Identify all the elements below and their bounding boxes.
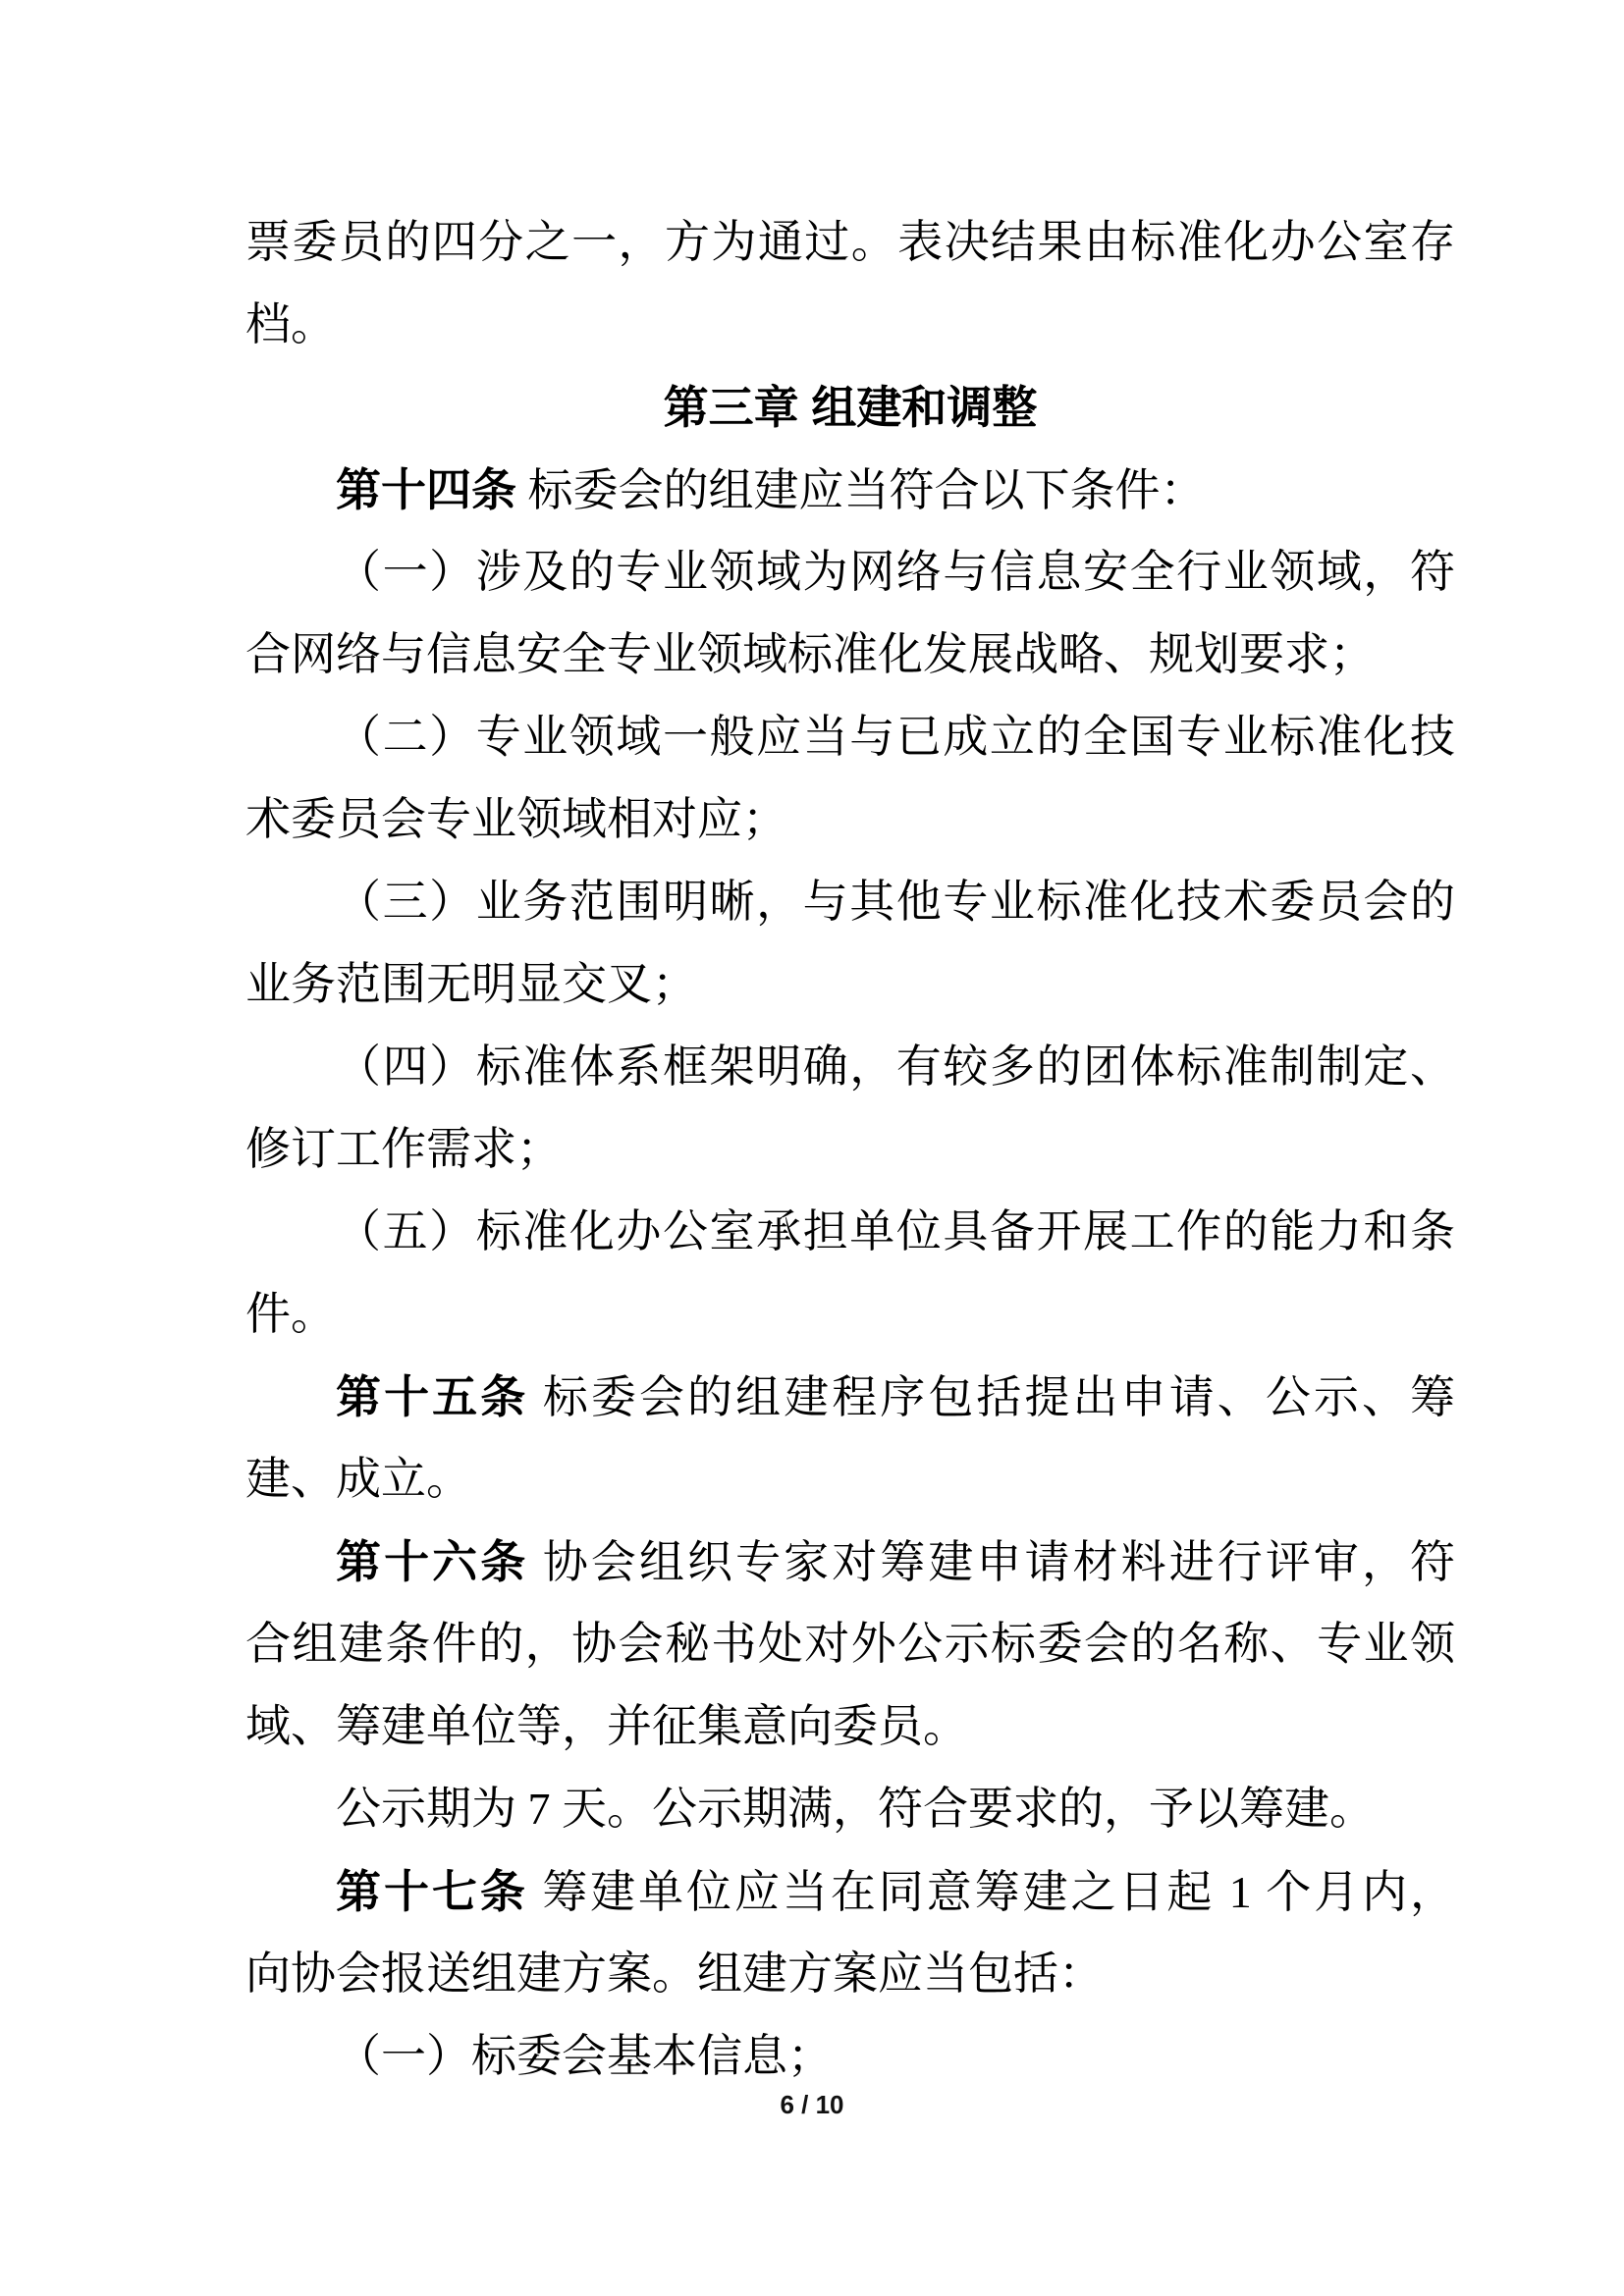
document-canvas: 票委员的四分之一，方为通过。表决结果由标准化办公室存档。第三章 组建和调整第十四… xyxy=(0,0,1624,2296)
document-line: 公示期为 7 天。公示期满，符合要求的，予以筹建。 xyxy=(245,1768,1455,1850)
article-number: 第十七条 xyxy=(336,1866,528,1917)
document-page: { "document": { "lines": [ { "type": "bo… xyxy=(0,0,1624,2296)
document-line: 合网络与信息安全专业领域标准化发展战略、规划要求； xyxy=(245,614,1455,696)
article-number: 第十五条 xyxy=(336,1371,528,1422)
document-line: 域、筹建单位等，并征集意向委员。 xyxy=(245,1685,1455,1768)
line-text: （二）专业领域一般应当与已成立的全国专业标准化技 xyxy=(336,712,1455,762)
line-text: （四）标准体系框架明确，有较多的团体标准制制定、 xyxy=(336,1041,1455,1092)
document-line: 件。 xyxy=(245,1273,1455,1356)
document-line: 向协会报送组建方案。组建方案应当包括： xyxy=(245,1933,1455,2015)
article-number: 第十六条 xyxy=(336,1536,528,1587)
document-line: （二）专业领域一般应当与已成立的全国专业标准化技 xyxy=(245,696,1455,778)
line-text: 合网络与信息安全专业领域标准化发展战略、规划要求； xyxy=(245,629,1375,679)
line-text: 合组建条件的，协会秘书处对外公示标委会的名称、专业领 xyxy=(245,1619,1455,1669)
line-text: 协会组织专家对筹建申请材料进行评审，符 xyxy=(543,1537,1455,1587)
page-number: 6 / 10 xyxy=(0,2083,1624,2126)
line-text: 向协会报送组建方案。组建方案应当包括： xyxy=(245,1949,1104,1999)
line-text: 术委员会专业领域相对应； xyxy=(245,794,787,844)
document-line: 术委员会专业领域相对应； xyxy=(245,778,1455,861)
line-text: 档。 xyxy=(245,299,336,349)
line-text: 业务范围无明显交叉； xyxy=(245,959,697,1009)
document-line: （五）标准化办公室承担单位具备开展工作的能力和条 xyxy=(245,1191,1455,1273)
document-body: 票委员的四分之一，方为通过。表决结果由标准化办公室存档。第三章 组建和调整第十四… xyxy=(245,201,1455,2098)
line-text: 修订工作需求； xyxy=(245,1124,562,1174)
document-line: 业务范围无明显交叉； xyxy=(245,943,1455,1026)
document-line: 合组建条件的，协会秘书处对外公示标委会的名称、专业领 xyxy=(245,1603,1455,1685)
document-line: （一）涉及的专业领域为网络与信息安全行业领域，符 xyxy=(245,531,1455,614)
article-line: 第十五条 标委会的组建程序包括提出申请、公示、筹 xyxy=(245,1356,1455,1438)
article-line: 第十七条 筹建单位应当在同意筹建之日起 1 个月内， xyxy=(245,1850,1455,1933)
document-line: 票委员的四分之一，方为通过。表决结果由标准化办公室存 xyxy=(245,201,1455,284)
line-text: 第三章 组建和调整 xyxy=(664,382,1038,433)
document-line: 建、成立。 xyxy=(245,1438,1455,1521)
chapter-heading: 第三章 组建和调整 xyxy=(245,366,1455,449)
line-text: （五）标准化办公室承担单位具备开展工作的能力和条 xyxy=(336,1206,1455,1256)
document-line: （四）标准体系框架明确，有较多的团体标准制制定、 xyxy=(245,1026,1455,1108)
line-text: （一）标委会基本信息； xyxy=(336,2031,833,2081)
line-text: 筹建单位应当在同意筹建之日起 1 个月内， xyxy=(542,1867,1455,1917)
line-text: （三）业务范围明晰，与其他专业标准化技术委员会的 xyxy=(336,877,1455,927)
line-text: 件。 xyxy=(245,1289,336,1339)
line-text: 标委会的组建应当符合以下条件： xyxy=(528,465,1206,515)
line-text: 公示期为 7 天。公示期满，符合要求的，予以筹建。 xyxy=(336,1784,1375,1834)
document-line: 修订工作需求； xyxy=(245,1108,1455,1191)
line-text: 建、成立。 xyxy=(245,1454,471,1504)
line-text: （一）涉及的专业领域为网络与信息安全行业领域，符 xyxy=(336,547,1455,597)
document-line: 档。 xyxy=(245,284,1455,366)
article-line: 第十四条 标委会的组建应当符合以下条件： xyxy=(245,449,1455,531)
line-text: 票委员的四分之一，方为通过。表决结果由标准化办公室存 xyxy=(245,217,1455,267)
line-text: 标委会的组建程序包括提出申请、公示、筹 xyxy=(543,1372,1455,1422)
article-number: 第十四条 xyxy=(336,464,516,515)
article-line: 第十六条 协会组织专家对筹建申请材料进行评审，符 xyxy=(245,1521,1455,1603)
document-line: （三）业务范围明晰，与其他专业标准化技术委员会的 xyxy=(245,861,1455,943)
line-text: 域、筹建单位等，并征集意向委员。 xyxy=(245,1701,968,1751)
